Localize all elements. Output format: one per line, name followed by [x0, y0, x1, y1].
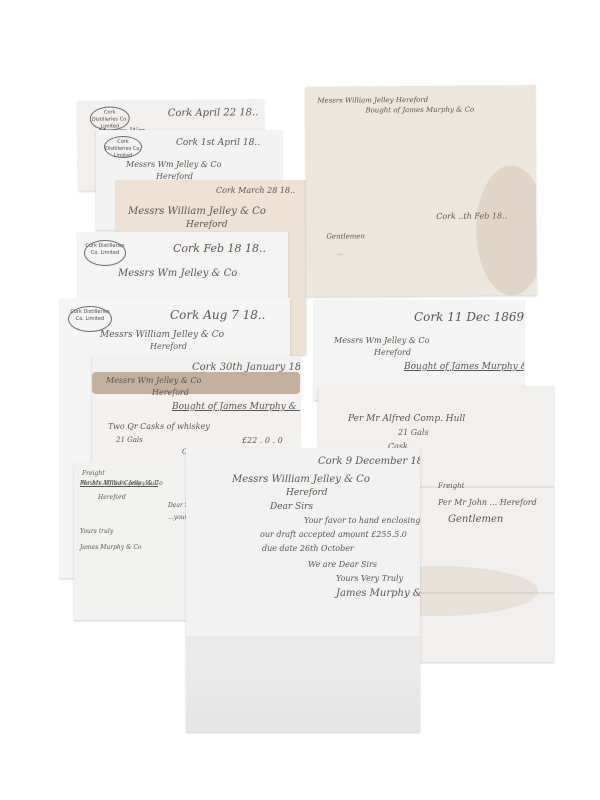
- letter-line: James Murphy & Co: [80, 544, 142, 551]
- letter-line: Yours truly: [80, 528, 113, 535]
- letter-line: due date 26th October: [262, 544, 354, 553]
- letter-sheet-7: Freight Per Mr Alfred Comp. Hull Messrs …: [74, 462, 190, 620]
- letter-signature: Gentlemen: [448, 514, 503, 525]
- letter-line: Messrs William Jelley & Co: [80, 480, 163, 487]
- letter-line: Per Mr Alfred Comp. Hull: [348, 414, 465, 424]
- letter-line: Messrs William Jelley & Co: [128, 206, 266, 217]
- letter-line: Your favor to hand enclosing: [304, 516, 420, 525]
- letter-line: Freight: [82, 470, 105, 477]
- letter-line: Dear Sirs: [270, 502, 313, 512]
- letter-line: Bought of James Murphy & Co: [365, 106, 474, 115]
- letter-line: Gentlemen: [326, 232, 365, 240]
- letter-date: Cork Feb 18 18..: [173, 242, 266, 255]
- distillery-stamp: Cork Distilleries Co. Limited: [104, 136, 142, 158]
- letter-line: Hereford: [186, 220, 228, 230]
- letter-line: Messrs Wm Jelley & Co: [118, 268, 237, 279]
- letter-date: Cork Aug 7 18..: [170, 308, 265, 322]
- invoice-line: Hereford: [152, 388, 189, 397]
- letter-date: Cork April 22 18..: [168, 107, 259, 119]
- invoice-sheet-1: Cork 11 Dec 1869 Messrs Wm Jelley & Co H…: [314, 300, 524, 400]
- letter-line: ...: [336, 249, 343, 257]
- letter-line: Yours Very Truly: [336, 574, 403, 583]
- invoice-line: Messrs Wm Jelley & Co: [106, 376, 201, 385]
- letter-date: Cork 1st April 18..: [176, 138, 260, 148]
- letter-date: Cork ..th Feb 18..: [436, 211, 507, 220]
- letter-line: 21 Gals: [398, 428, 429, 437]
- letter-line: Messrs William Jelley & Co: [232, 474, 370, 485]
- letter-line: Messrs Wm Jelley & Co: [126, 160, 221, 169]
- invoice-line: Hereford: [374, 348, 411, 357]
- letter-line: Messrs William Jelley Hereford: [317, 96, 428, 105]
- invoice-amount: £22 . 0 . 0: [242, 436, 283, 445]
- letter-line: our draft accepted amount £255.5.0: [260, 530, 407, 539]
- invoice-date: Cork 30th January 18..: [192, 362, 300, 373]
- invoice-line: Bought of James Murphy & Co: [404, 362, 524, 372]
- distillery-stamp: Cork Distilleries Co. Limited: [84, 240, 126, 266]
- distillery-stamp: Cork Distilleries Co. Limited: [68, 306, 112, 332]
- letter-sheet-9: Cork 9 December 18.. Messrs William Jell…: [186, 448, 420, 732]
- letter-sheet-4: Cork Distilleries Co. Limited Cork Feb 1…: [78, 232, 288, 302]
- letter-date: Cork March 28 18..: [216, 186, 295, 195]
- invoice-line: Two Qr Casks of whiskey: [108, 422, 210, 431]
- invoice-line: Bought of James Murphy & Co: [172, 402, 300, 412]
- invoice-line: 21 Gals: [116, 436, 143, 444]
- letter-line: Hereford: [98, 494, 126, 501]
- letter-date: Cork 9 December 18..: [318, 456, 420, 467]
- invoice-line: Messrs Wm Jelley & Co: [334, 336, 429, 345]
- letter-sheet-6: Messrs William Jelley Hereford Bought of…: [305, 85, 536, 297]
- letter-line: Per Mr John ... Hereford: [438, 498, 537, 507]
- letter-signature: James Murphy & Co: [336, 588, 420, 599]
- letter-line: Hereford: [286, 488, 328, 498]
- letter-line: Hereford: [150, 342, 187, 351]
- invoice-date: Cork 11 Dec 1869: [414, 310, 524, 324]
- letter-line: We are Dear Sirs: [308, 560, 377, 569]
- letter-line: Messrs William Jelley & Co: [100, 330, 224, 340]
